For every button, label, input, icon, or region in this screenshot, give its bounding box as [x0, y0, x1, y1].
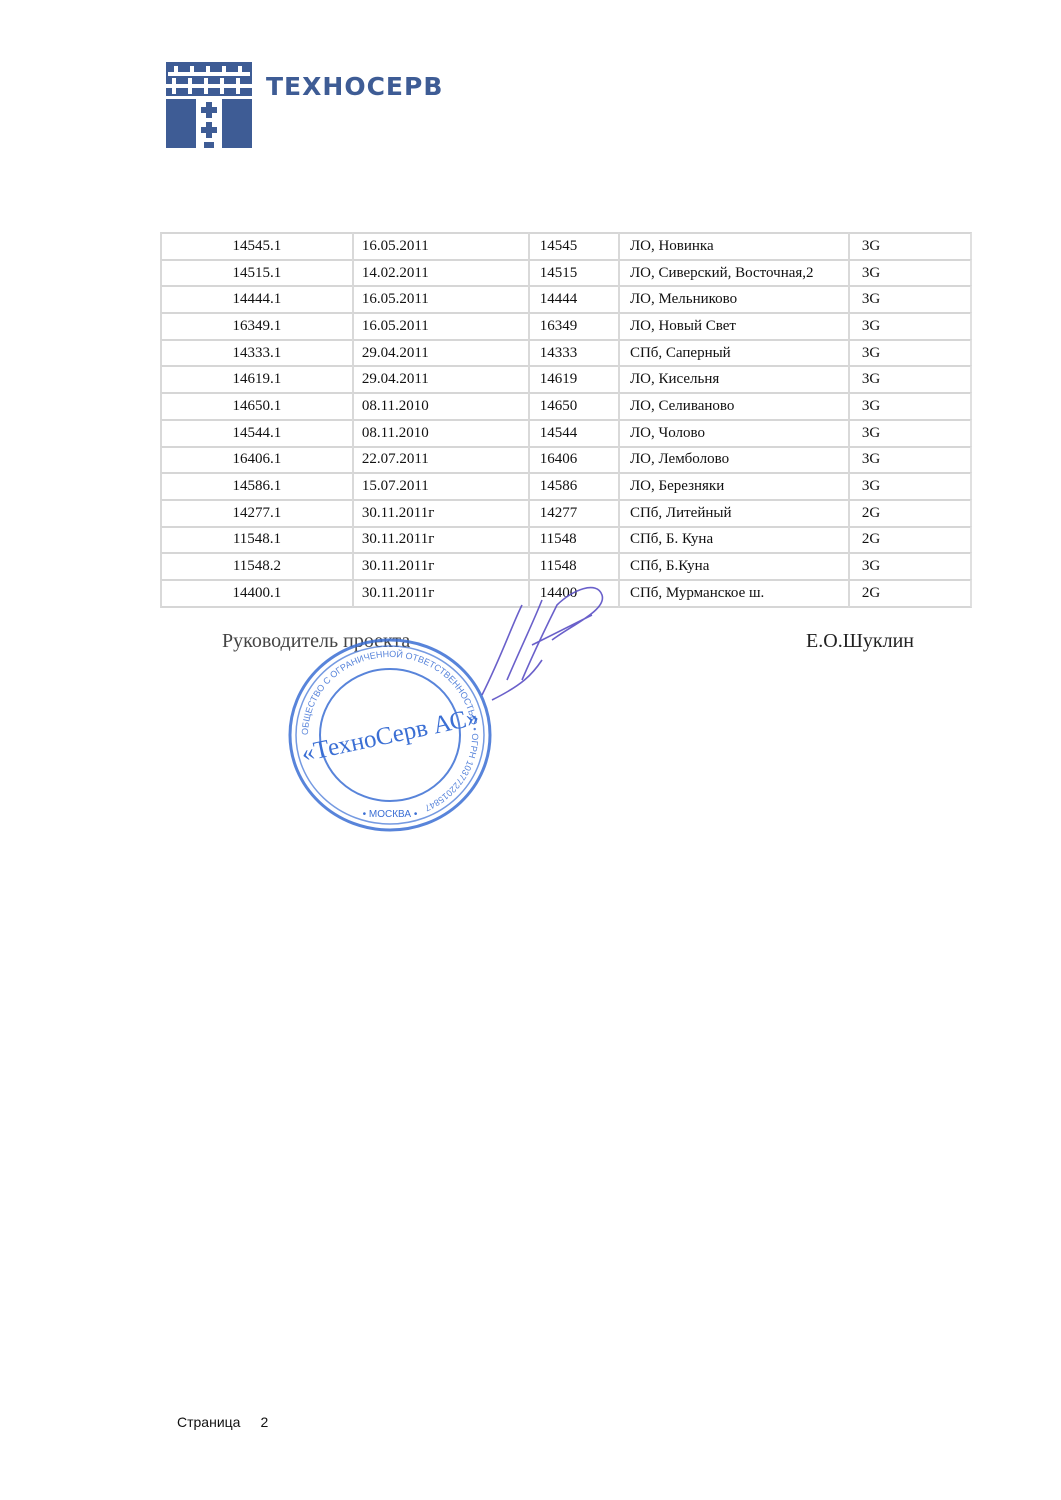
row-id: 16406.1 — [160, 446, 352, 473]
row-date: 16.05.2011 — [352, 232, 528, 259]
row-site-number: 14586 — [528, 472, 618, 499]
row-technology: 3G — [848, 392, 972, 419]
signer-name: Е.О.Шуклин — [806, 630, 914, 653]
row-site-number: 14333 — [528, 339, 618, 366]
table-row: 14586.115.07.201114586ЛО, Березняки3G — [160, 472, 972, 499]
row-id: 14619.1 — [160, 365, 352, 392]
row-site-number: 11548 — [528, 552, 618, 579]
handwritten-signature — [462, 585, 632, 705]
row-id: 14544.1 — [160, 419, 352, 446]
company-logo: ТЕХНОСЕРВ — [166, 62, 443, 148]
row-date: 08.11.2010 — [352, 419, 528, 446]
row-site-number: 14444 — [528, 285, 618, 312]
sites-table: 14545.116.05.201114545ЛО, Новинка3G14515… — [160, 232, 972, 608]
table-row: 16406.122.07.201116406ЛО, Лемболово3G — [160, 446, 972, 473]
row-date: 15.07.2011 — [352, 472, 528, 499]
table-row: 14650.108.11.201014650ЛО, Селиваново3G — [160, 392, 972, 419]
row-id: 16349.1 — [160, 312, 352, 339]
row-address: СПб, Литейный — [618, 499, 848, 526]
row-technology: 2G — [848, 526, 972, 553]
row-address: ЛО, Селиваново — [618, 392, 848, 419]
row-technology: 2G — [848, 579, 972, 608]
row-technology: 3G — [848, 259, 972, 286]
row-date: 16.05.2011 — [352, 285, 528, 312]
row-id: 14586.1 — [160, 472, 352, 499]
stamp-bottom-text: • МОСКВА • — [363, 809, 418, 820]
row-address: СПб, Б.Куна — [618, 552, 848, 579]
row-site-number: 14650 — [528, 392, 618, 419]
row-date: 22.07.2011 — [352, 446, 528, 473]
table-row: 14277.130.11.2011г14277СПб, Литейный2G — [160, 499, 972, 526]
table-row: 11548.130.11.2011г11548СПб, Б. Куна2G — [160, 526, 972, 553]
row-id: 11548.1 — [160, 526, 352, 553]
row-technology: 3G — [848, 285, 972, 312]
row-technology: 3G — [848, 472, 972, 499]
row-technology: 3G — [848, 365, 972, 392]
row-id: 14277.1 — [160, 499, 352, 526]
row-date: 29.04.2011 — [352, 339, 528, 366]
row-site-number: 14619 — [528, 365, 618, 392]
page-footer: Страница2 — [177, 1414, 268, 1430]
row-site-number: 14277 — [528, 499, 618, 526]
row-id: 14400.1 — [160, 579, 352, 608]
row-address: ЛО, Кисельня — [618, 365, 848, 392]
table-row: 14333.129.04.201114333СПб, Саперный3G — [160, 339, 972, 366]
signature-block: Руководитель проекта Е.О.Шуклин ОБЩЕСТВО… — [222, 630, 922, 850]
row-address: ЛО, Чолово — [618, 419, 848, 446]
row-id: 11548.2 — [160, 552, 352, 579]
row-technology: 3G — [848, 232, 972, 259]
row-technology: 3G — [848, 312, 972, 339]
row-address: СПб, Мурманское ш. — [618, 579, 848, 608]
row-id: 14650.1 — [160, 392, 352, 419]
row-date: 30.11.2011г — [352, 499, 528, 526]
row-id: 14444.1 — [160, 285, 352, 312]
row-address: ЛО, Новый Свет — [618, 312, 848, 339]
row-site-number: 14545 — [528, 232, 618, 259]
row-technology: 3G — [848, 419, 972, 446]
stamp-center-text: «ТехноСерв АС» — [299, 704, 481, 768]
page-number: 2 — [260, 1414, 268, 1430]
row-address: СПб, Саперный — [618, 339, 848, 366]
row-date: 30.11.2011г — [352, 526, 528, 553]
row-id: 14333.1 — [160, 339, 352, 366]
row-site-number: 16406 — [528, 446, 618, 473]
row-site-number: 16349 — [528, 312, 618, 339]
row-date: 14.02.2011 — [352, 259, 528, 286]
row-address: ЛО, Новинка — [618, 232, 848, 259]
row-technology: 3G — [848, 446, 972, 473]
row-address: ЛО, Сиверский, Восточная,2 — [618, 259, 848, 286]
row-address: ЛО, Лемболово — [618, 446, 848, 473]
table-row: 16349.116.05.201116349ЛО, Новый Свет3G — [160, 312, 972, 339]
table-row: 14619.129.04.201114619ЛО, Кисельня3G — [160, 365, 972, 392]
row-site-number: 14515 — [528, 259, 618, 286]
technoserv-logo-icon — [166, 62, 252, 148]
table-row: 14515.114.02.201114515ЛО, Сиверский, Вос… — [160, 259, 972, 286]
table-row: 14544.108.11.201014544ЛО, Чолово3G — [160, 419, 972, 446]
row-technology: 3G — [848, 552, 972, 579]
page-label: Страница — [177, 1414, 240, 1430]
row-technology: 3G — [848, 339, 972, 366]
table-row: 11548.230.11.2011г11548СПб, Б.Куна3G — [160, 552, 972, 579]
row-id: 14515.1 — [160, 259, 352, 286]
row-technology: 2G — [848, 499, 972, 526]
row-address: ЛО, Березняки — [618, 472, 848, 499]
row-date: 08.11.2010 — [352, 392, 528, 419]
table-row: 14444.116.05.201114444ЛО, Мельниково3G — [160, 285, 972, 312]
row-date: 16.05.2011 — [352, 312, 528, 339]
table-row: 14545.116.05.201114545ЛО, Новинка3G — [160, 232, 972, 259]
row-address: ЛО, Мельниково — [618, 285, 848, 312]
row-site-number: 11548 — [528, 526, 618, 553]
row-date: 29.04.2011 — [352, 365, 528, 392]
row-date: 30.11.2011г — [352, 552, 528, 579]
row-address: СПб, Б. Куна — [618, 526, 848, 553]
company-name: ТЕХНОСЕРВ — [266, 72, 443, 101]
row-id: 14545.1 — [160, 232, 352, 259]
row-site-number: 14544 — [528, 419, 618, 446]
